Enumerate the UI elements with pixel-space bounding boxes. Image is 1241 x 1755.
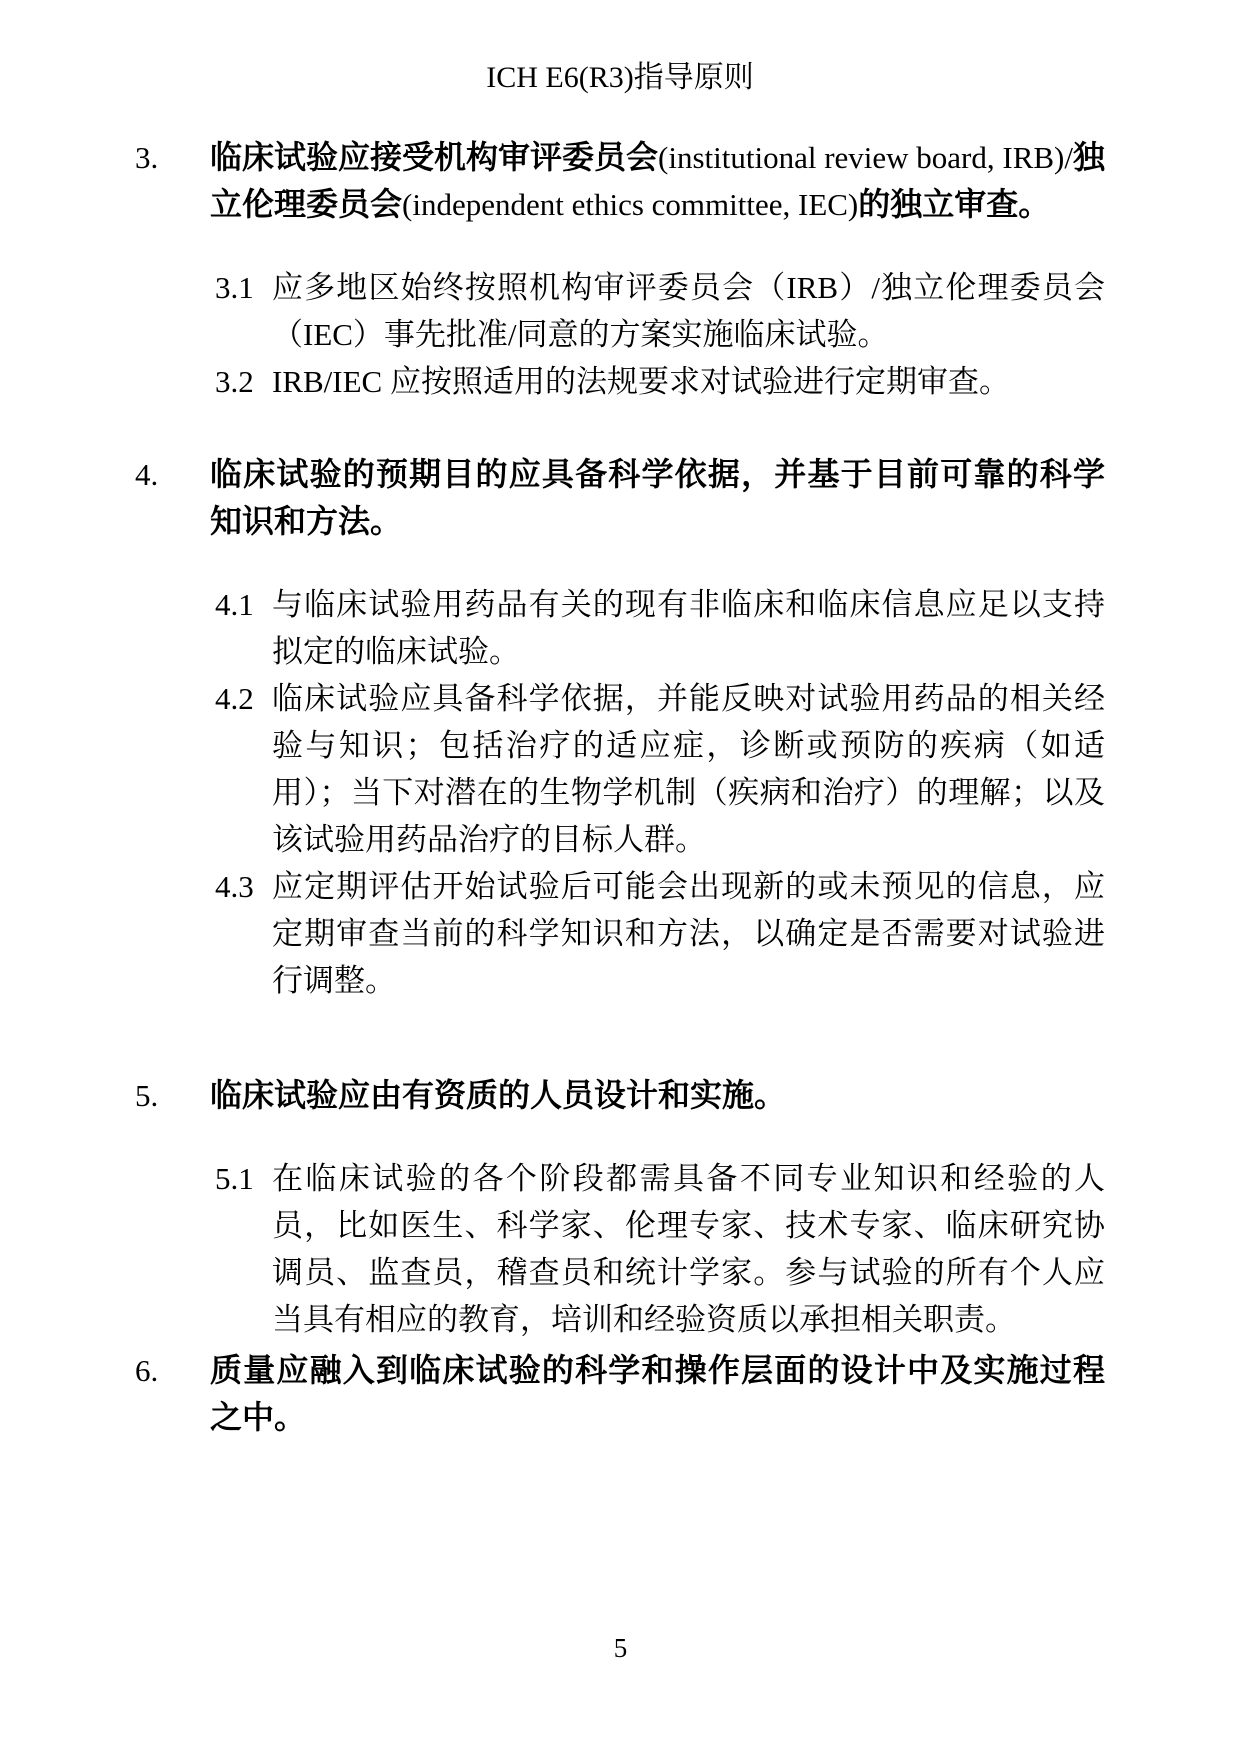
title-segment: (independent ethics committee, IEC) (402, 187, 858, 222)
principle-item-5: 5. 临床试验应由有资质的人员设计和实施。 5.1 在临床试验的各个阶段都需具备… (135, 1072, 1105, 1343)
item-4-number: 4. (135, 451, 210, 498)
subitem-text: 在临床试验的各个阶段都需具备不同专业知识和经验的人员，比如医生、科学家、伦理专家… (272, 1155, 1105, 1343)
item-3-subitems: 3.1 应多地区始终按照机构审评委员会（IRB）/独立伦理委员会（IEC）事先批… (215, 264, 1105, 405)
subitem-4-2: 4.2 临床试验应具备科学依据，并能反映对试验用药品的相关经验与知识；包括治疗的… (215, 675, 1105, 863)
subitem-number: 4.3 (215, 863, 272, 910)
document-title: ICH E6(R3)指导原则 (486, 61, 753, 94)
item-4-title: 临床试验的预期目的应具备科学依据，并基于目前可靠的科学知识和方法。 (210, 451, 1105, 545)
document-page: ICH E6(R3)指导原则 3. 临床试验应接受机构审评委员会(institu… (0, 0, 1241, 1755)
subitem-4-3: 4.3 应定期评估开始试验后可能会出现新的或未预见的信息，应定期审查当前的科学知… (215, 863, 1105, 1004)
principle-item-6: 6. 质量应融入到临床试验的科学和操作层面的设计中及实施过程之中。 (135, 1347, 1105, 1441)
item-6-number: 6. (135, 1347, 210, 1394)
page-number: 5 (614, 1633, 628, 1663)
subitem-text: 与临床试验用药品有关的现有非临床和临床信息应足以支持拟定的临床试验。 (272, 581, 1105, 675)
subitem-text: 应多地区始终按照机构审评委员会（IRB）/独立伦理委员会（IEC）事先批准/同意… (272, 264, 1105, 358)
title-segment: 的独立审查。 (858, 186, 1050, 222)
principle-item-3: 3. 临床试验应接受机构审评委员会(institutional review b… (135, 134, 1105, 405)
title-segment: (institutional review board, IRB)/ (658, 140, 1073, 175)
item-3-heading: 3. 临床试验应接受机构审评委员会(institutional review b… (135, 134, 1105, 228)
subitem-number: 4.2 (215, 675, 272, 722)
page-footer: 5 (0, 1633, 1241, 1663)
subitem-number: 5.1 (215, 1155, 272, 1202)
title-segment: 质量应融入到临床试验的科学和操作层面的设计中及实施过程之中。 (210, 1352, 1105, 1435)
item-5-number: 5. (135, 1072, 210, 1119)
item-5-heading: 5. 临床试验应由有资质的人员设计和实施。 (135, 1072, 1105, 1119)
subitem-3-2: 3.2 IRB/IEC 应按照适用的法规要求对试验进行定期审查。 (215, 358, 1105, 405)
title-segment: 临床试验的预期目的应具备科学依据，并基于目前可靠的科学知识和方法。 (210, 456, 1105, 539)
subitem-text: 临床试验应具备科学依据，并能反映对试验用药品的相关经验与知识；包括治疗的适应症，… (272, 675, 1105, 863)
subitem-4-1: 4.1 与临床试验用药品有关的现有非临床和临床信息应足以支持拟定的临床试验。 (215, 581, 1105, 675)
item-5-subitems: 5.1 在临床试验的各个阶段都需具备不同专业知识和经验的人员，比如医生、科学家、… (215, 1155, 1105, 1343)
principle-item-4: 4. 临床试验的预期目的应具备科学依据，并基于目前可靠的科学知识和方法。 4.1… (135, 451, 1105, 1004)
item-5-title: 临床试验应由有资质的人员设计和实施。 (210, 1072, 1105, 1119)
item-3-number: 3. (135, 134, 210, 181)
subitem-3-1: 3.1 应多地区始终按照机构审评委员会（IRB）/独立伦理委员会（IEC）事先批… (215, 264, 1105, 358)
subitem-text: 应定期评估开始试验后可能会出现新的或未预见的信息，应定期审查当前的科学知识和方法… (272, 863, 1105, 1004)
item-6-heading: 6. 质量应融入到临床试验的科学和操作层面的设计中及实施过程之中。 (135, 1347, 1105, 1441)
subitem-number: 3.1 (215, 264, 272, 311)
subitem-text: IRB/IEC 应按照适用的法规要求对试验进行定期审查。 (272, 358, 1105, 405)
title-segment: 临床试验应接受机构审评委员会 (210, 139, 658, 175)
item-3-title: 临床试验应接受机构审评委员会(institutional review boar… (210, 134, 1105, 228)
item-6-title: 质量应融入到临床试验的科学和操作层面的设计中及实施过程之中。 (210, 1347, 1105, 1441)
subitem-number: 4.1 (215, 581, 272, 628)
subitem-number: 3.2 (215, 358, 272, 405)
page-header: ICH E6(R3)指导原则 (135, 58, 1105, 98)
subitem-5-1: 5.1 在临床试验的各个阶段都需具备不同专业知识和经验的人员，比如医生、科学家、… (215, 1155, 1105, 1343)
item-4-subitems: 4.1 与临床试验用药品有关的现有非临床和临床信息应足以支持拟定的临床试验。 4… (215, 581, 1105, 1004)
title-segment: 临床试验应由有资质的人员设计和实施。 (210, 1077, 786, 1113)
item-4-heading: 4. 临床试验的预期目的应具备科学依据，并基于目前可靠的科学知识和方法。 (135, 451, 1105, 545)
